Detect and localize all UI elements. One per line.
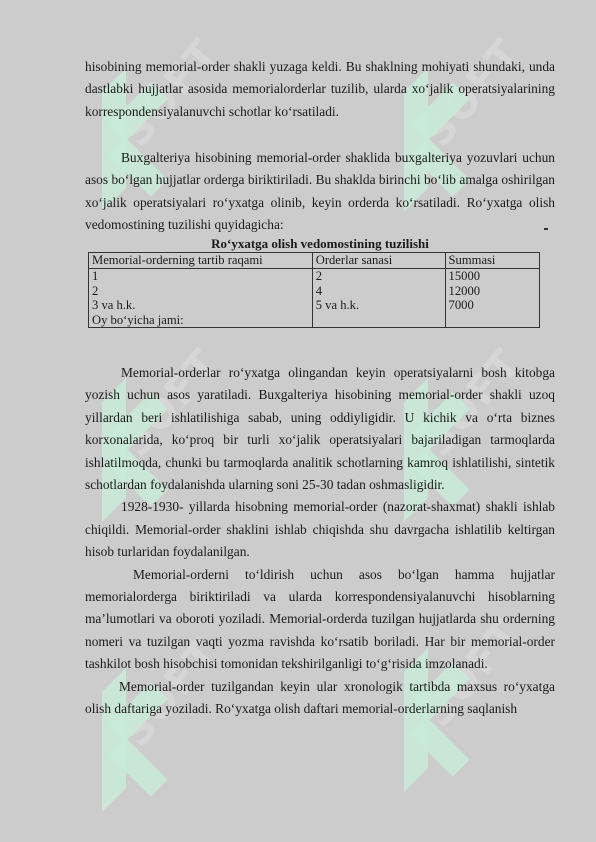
table-header-row: Memorial-orderning tartib raqami Orderla… bbox=[89, 253, 540, 269]
paragraph-2: Buxgalteriya hisobining memorial-order s… bbox=[85, 147, 555, 237]
table-cell-order-date: 2 4 5 va h.k. bbox=[312, 269, 445, 328]
paragraph-3: Memorial-orderlar ro‘yxatga olingandan k… bbox=[85, 362, 555, 496]
registration-table: Memorial-orderning tartib raqami Orderla… bbox=[88, 252, 540, 328]
column-header: Orderlar sanasi bbox=[312, 253, 445, 269]
paragraph-6: Memorial-order tuzilgandan keyin ular xr… bbox=[85, 676, 555, 721]
paragraph-4: 1928-1930- yillarda hisobning memorial-o… bbox=[85, 496, 555, 563]
table-cell-order-number: 1 2 3 va h.k. Oy bo‘yicha jami: bbox=[89, 269, 313, 328]
table-row: 1 2 3 va h.k. Oy bo‘yicha jami: 2 4 5 va… bbox=[89, 269, 540, 328]
column-header: Summasi bbox=[445, 253, 539, 269]
body-text: Memorial-orderlar ro‘yxatga olingandan k… bbox=[85, 362, 555, 721]
column-header: Memorial-orderning tartib raqami bbox=[89, 253, 313, 269]
table-title: Ro‘yxatga olish vedomostining tuzilishi bbox=[85, 236, 555, 252]
stray-mark bbox=[544, 228, 548, 230]
paragraph-1: hisobining memorial-order shakli yuzaga … bbox=[85, 56, 555, 123]
table-cell-amount: 15000 12000 7000 bbox=[445, 269, 539, 328]
paragraph-5: Memorial-orderni to‘ldirish uchun asos b… bbox=[85, 564, 555, 676]
